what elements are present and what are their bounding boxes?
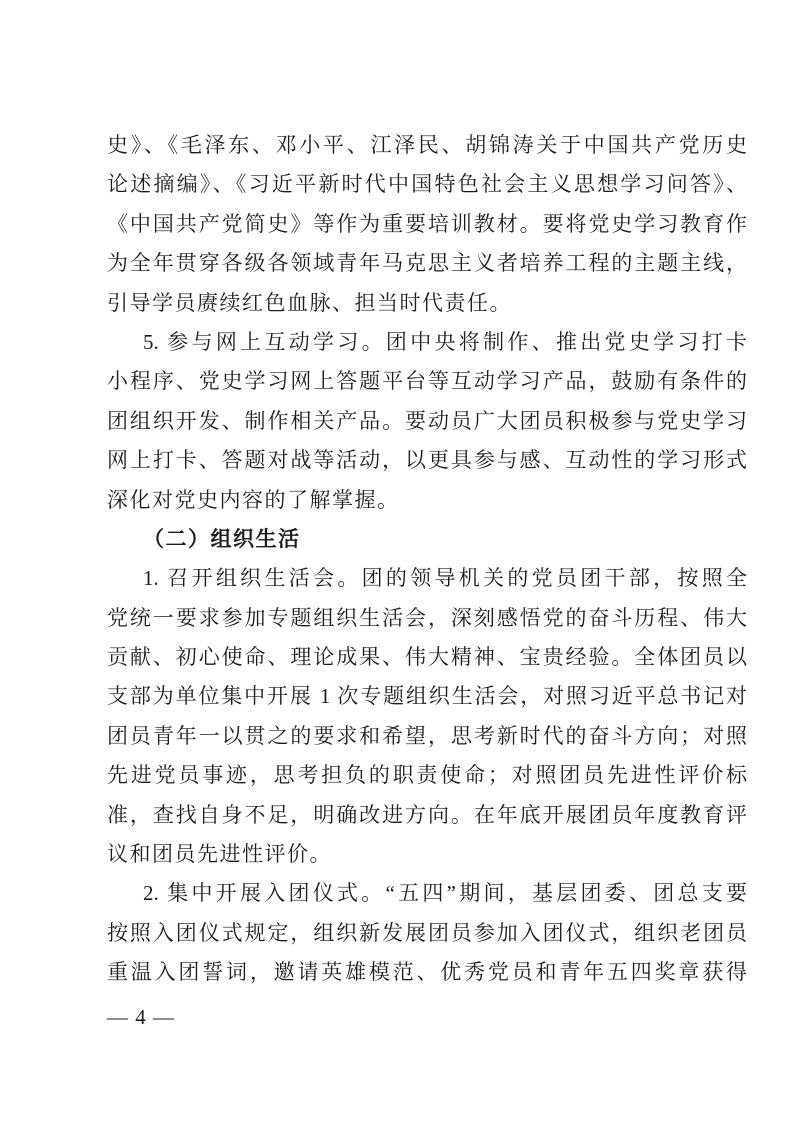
text-line: 议和团员先进性评价。 — [107, 835, 747, 874]
text-line: 重温入团誓词，邀请英雄模范、优秀党员和青年五四奖章获得 — [107, 953, 747, 992]
text-line: 1. 召开组织生活会。团的领导机关的党员团干部，按照全 — [107, 559, 747, 598]
section-heading: （二）组织生活 — [107, 520, 747, 559]
text-line: 深化对党史内容的了解掌握。 — [107, 481, 747, 520]
text-line: 小程序、党史学习网上答题平台等互动学习产品，鼓励有条件的 — [107, 362, 747, 401]
text-line: 网上打卡、答题对战等活动，以更具参与感、互动性的学习形式 — [107, 441, 747, 480]
text-line: 引导学员赓续红色血脉、担当时代责任。 — [107, 284, 747, 323]
text-line: 史》、《毛泽东、邓小平、江泽民、胡锦涛关于中国共产党历史 — [107, 126, 747, 165]
text-line: 2. 集中开展入团仪式。“五四”期间，基层团委、团总支要 — [107, 874, 747, 913]
text-line: 支部为单位集中开展 1 次专题组织生活会，对照习近平总书记对 — [107, 677, 747, 716]
text-line: 5. 参与网上互动学习。团中央将制作、推出党史学习打卡 — [107, 323, 747, 362]
document-body: 史》、《毛泽东、邓小平、江泽民、胡锦涛关于中国共产党历史论述摘编》、《习近平新时… — [107, 126, 747, 993]
text-line: 贡献、初心使命、理论成果、伟大精神、宝贵经验。全体团员以 — [107, 638, 747, 677]
text-line: 《中国共产党简史》等作为重要培训教材。要将党史学习教育作 — [107, 205, 747, 244]
document-page: 史》、《毛泽东、邓小平、江泽民、胡锦涛关于中国共产党历史论述摘编》、《习近平新时… — [0, 0, 793, 1122]
text-line: 论述摘编》、《习近平新时代中国特色社会主义思想学习问答》、 — [107, 165, 747, 204]
text-line: 党统一要求参加专题组织生活会，深刻感悟党的奋斗历程、伟大 — [107, 599, 747, 638]
text-line: 团组织开发、制作相关产品。要动员广大团员积极参与党史学习 — [107, 402, 747, 441]
text-line: 准，查找自身不足，明确改进方向。在年底开展团员年度教育评 — [107, 796, 747, 835]
text-line: 先进党员事迹，思考担负的职责使命；对照团员先进性评价标 — [107, 756, 747, 795]
text-line: 为全年贯穿各级各领域青年马克思主义者培养工程的主题主线， — [107, 244, 747, 283]
page-number: — 4 — — [107, 1002, 175, 1032]
text-line: 按照入团仪式规定，组织新发展团员参加入团仪式，组织老团员 — [107, 914, 747, 953]
text-line: 团员青年一以贯之的要求和希望，思考新时代的奋斗方向；对照 — [107, 717, 747, 756]
